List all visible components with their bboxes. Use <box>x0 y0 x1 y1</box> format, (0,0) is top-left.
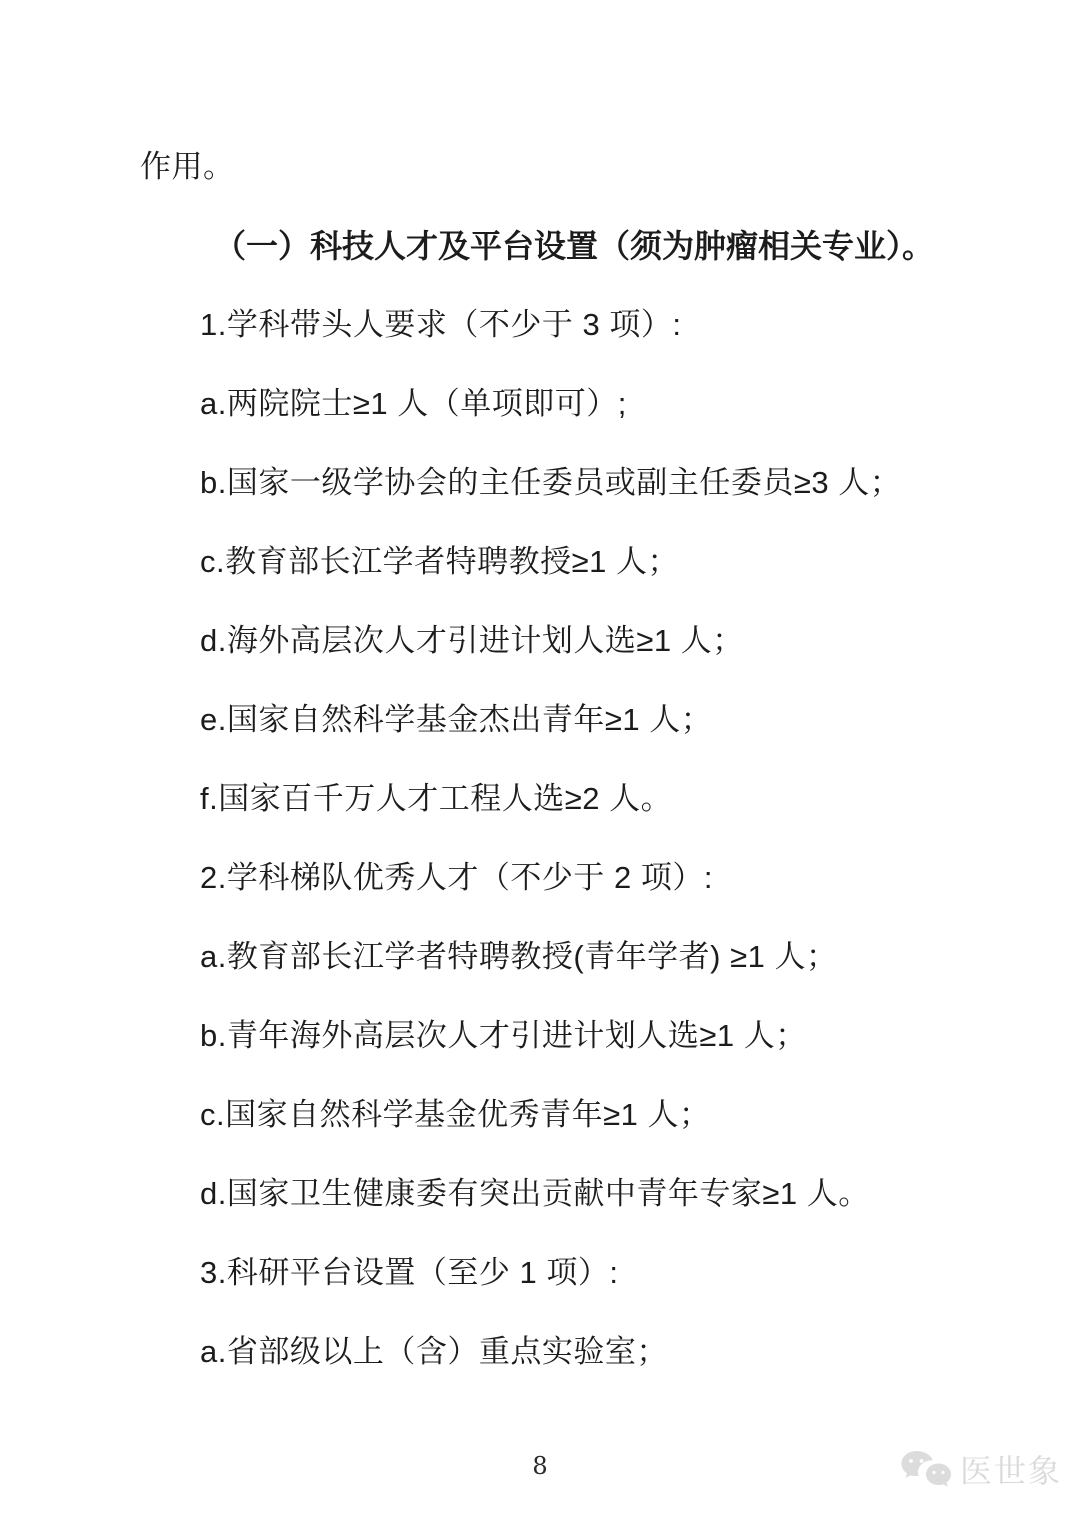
text-line: a.教育部长江学者特聘教授(青年学者) ≥1 人； <box>200 936 1080 978</box>
text-line: a.两院院士≥1 人（单项即可）; <box>200 383 1080 425</box>
text-line: 2.学科梯队优秀人才（不少于 2 项）: <box>200 857 1080 899</box>
document-body: 作用。（一）科技人才及平台设置（须为肿瘤相关专业）。1.学科带头人要求（不少于 … <box>0 146 1080 1410</box>
text-line: d.海外高层次人才引进计划人选≥1 人； <box>200 620 1080 662</box>
text-line: f.国家百千万人才工程人选≥2 人。 <box>200 778 1080 820</box>
brand-name: 医世象 <box>960 1449 1062 1493</box>
text-line: （一）科技人才及平台设置（须为肿瘤相关专业）。 <box>214 225 1080 267</box>
wechat-icon <box>900 1449 952 1493</box>
text-line: a.省部级以上（含）重点实验室； <box>200 1331 1080 1373</box>
text-line: 3.科研平台设置（至少 1 项）: <box>200 1252 1080 1294</box>
text-line: b.国家一级学协会的主任委员或副主任委员≥3 人； <box>200 462 1080 504</box>
brand-watermark: 医世象 <box>900 1449 1062 1493</box>
text-line: b.青年海外高层次人才引进计划人选≥1 人； <box>200 1015 1080 1057</box>
text-line: 1.学科带头人要求（不少于 3 项）: <box>200 304 1080 346</box>
text-line: e.国家自然科学基金杰出青年≥1 人； <box>200 699 1080 741</box>
text-line: 作用。 <box>140 146 1080 188</box>
text-line: c.国家自然科学基金优秀青年≥1 人； <box>200 1094 1080 1136</box>
text-line: c.教育部长江学者特聘教授≥1 人； <box>200 541 1080 583</box>
document-page: 作用。（一）科技人才及平台设置（须为肿瘤相关专业）。1.学科带头人要求（不少于 … <box>0 0 1080 1526</box>
text-line: d.国家卫生健康委有突出贡献中青年专家≥1 人。 <box>200 1173 1080 1215</box>
